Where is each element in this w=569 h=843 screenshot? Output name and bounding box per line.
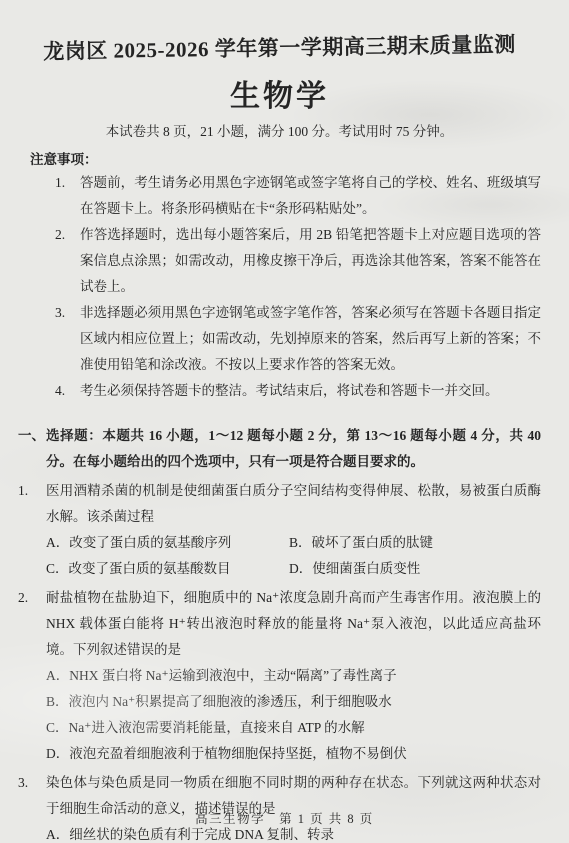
question-stem: 医用酒精杀菌的机制是使细菌蛋白质分子空间结构变得伸展、松散，易被蛋白质酶水解。该… [46, 478, 541, 530]
option-b: B．液泡内 Na⁺积累提高了细胞液的渗透压，利于细胞吸水 [46, 689, 541, 715]
page-footer: 高三生物学 第 1 页 共 8 页 [0, 809, 569, 827]
subject-title: 生物学 [18, 71, 541, 115]
notice-item-2: 2. 作答选择题时，选出每小题答案后，用 2B 铅笔把答题卡上对应题目选项的答案… [55, 222, 541, 300]
question-number: 2. [18, 585, 46, 767]
notice-item-text: 考生必须保持答题卡的整洁。考试结束后，将试卷和答题卡一并交回。 [80, 378, 541, 404]
option-b: B．破坏了蛋白质的肽键 [289, 530, 541, 556]
option-a: A．改变了蛋白质的氨基酸序列 [46, 530, 289, 556]
notice-item-text: 作答选择题时，选出每小题答案后，用 2B 铅笔把答题卡上对应题目选项的答案信息点… [80, 222, 541, 300]
notice-item-3: 3. 非选择题必须用黑色字迹钢笔或签字笔作答，答案必须写在答题卡各题目指定区域内… [55, 300, 541, 378]
section-marker: 一、 [18, 423, 46, 475]
option-d: D．液泡充盈着细胞液利于植物细胞保持坚挺，植物不易倒伏 [46, 741, 541, 767]
question-options: A．NHX 蛋白将 Na⁺运输到液泡中，主动“隔离”了毒性离子 B．液泡内 Na… [46, 663, 541, 767]
question-body: 医用酒精杀菌的机制是使细菌蛋白质分子空间结构变得伸展、松散，易被蛋白质酶水解。该… [46, 478, 541, 582]
notice-item-number: 4. [55, 378, 80, 404]
notice-item-number: 2. [55, 222, 80, 300]
exam-page: 龙岗区 2025-2026 学年第一学期高三期末质量监测 生物学 本试卷共 8 … [0, 0, 569, 843]
question-options: A．改变了蛋白质的氨基酸序列 B．破坏了蛋白质的肽键 C．改变了蛋白质的氨基酸数… [46, 530, 541, 582]
question-body: 染色体与染色质是同一物质在细胞不同时期的两种存在状态。下列就这两种状态对于细胞生… [46, 770, 541, 843]
question-body: 耐盐植物在盐胁迫下，细胞质中的 Na⁺浓度急剧升高而产生毒害作用。液泡膜上的 N… [46, 585, 541, 767]
option-c: C．改变了蛋白质的氨基酸数目 [46, 556, 289, 582]
notice-item-number: 3. [55, 300, 80, 378]
exam-info-line: 本试卷共 8 页，21 小题，满分 100 分。考试用时 75 分钟。 [18, 120, 541, 140]
exam-title: 龙岗区 2025-2026 学年第一学期高三期末质量监测 [18, 28, 541, 66]
option-c: C．Na⁺进入液泡需要消耗能量，直接来自 ATP 的水解 [46, 715, 541, 741]
notice-heading: 注意事项： [30, 148, 541, 168]
option-a: A．NHX 蛋白将 Na⁺运输到液泡中，主动“隔离”了毒性离子 [46, 663, 541, 689]
question-1: 1. 医用酒精杀菌的机制是使细菌蛋白质分子空间结构变得伸展、松散，易被蛋白质酶水… [18, 478, 541, 582]
question-3: 3. 染色体与染色质是同一物质在细胞不同时期的两种存在状态。下列就这两种状态对于… [18, 770, 541, 843]
question-stem: 耐盐植物在盐胁迫下，细胞质中的 Na⁺浓度急剧升高而产生毒害作用。液泡膜上的 N… [46, 585, 541, 663]
section-text: 选择题：本题共 16 小题，1～12 题每小题 2 分，第 13～16 题每小题… [46, 423, 541, 475]
section-heading-choice: 一、 选择题：本题共 16 小题，1～12 题每小题 2 分，第 13～16 题… [18, 423, 541, 475]
question-number: 1. [18, 478, 46, 582]
notice-item-number: 1. [55, 170, 80, 222]
option-d: D．使细菌蛋白质变性 [289, 556, 541, 582]
question-2: 2. 耐盐植物在盐胁迫下，细胞质中的 Na⁺浓度急剧升高而产生毒害作用。液泡膜上… [18, 585, 541, 767]
notice-item-4: 4. 考生必须保持答题卡的整洁。考试结束后，将试卷和答题卡一并交回。 [55, 378, 541, 404]
notice-list: 1. 答题前，考生请务必用黑色字迹钢笔或签字笔将自己的学校、姓名、班级填写在答题… [18, 170, 541, 404]
notice-item-text: 非选择题必须用黑色字迹钢笔或签字笔作答，答案必须写在答题卡各题目指定区域内相应位… [80, 300, 541, 378]
question-number: 3. [18, 770, 46, 843]
notice-item-text: 答题前，考生请务必用黑色字迹钢笔或签字笔将自己的学校、姓名、班级填写在答题卡上。… [80, 170, 541, 222]
notice-item-1: 1. 答题前，考生请务必用黑色字迹钢笔或签字笔将自己的学校、姓名、班级填写在答题… [55, 170, 541, 222]
